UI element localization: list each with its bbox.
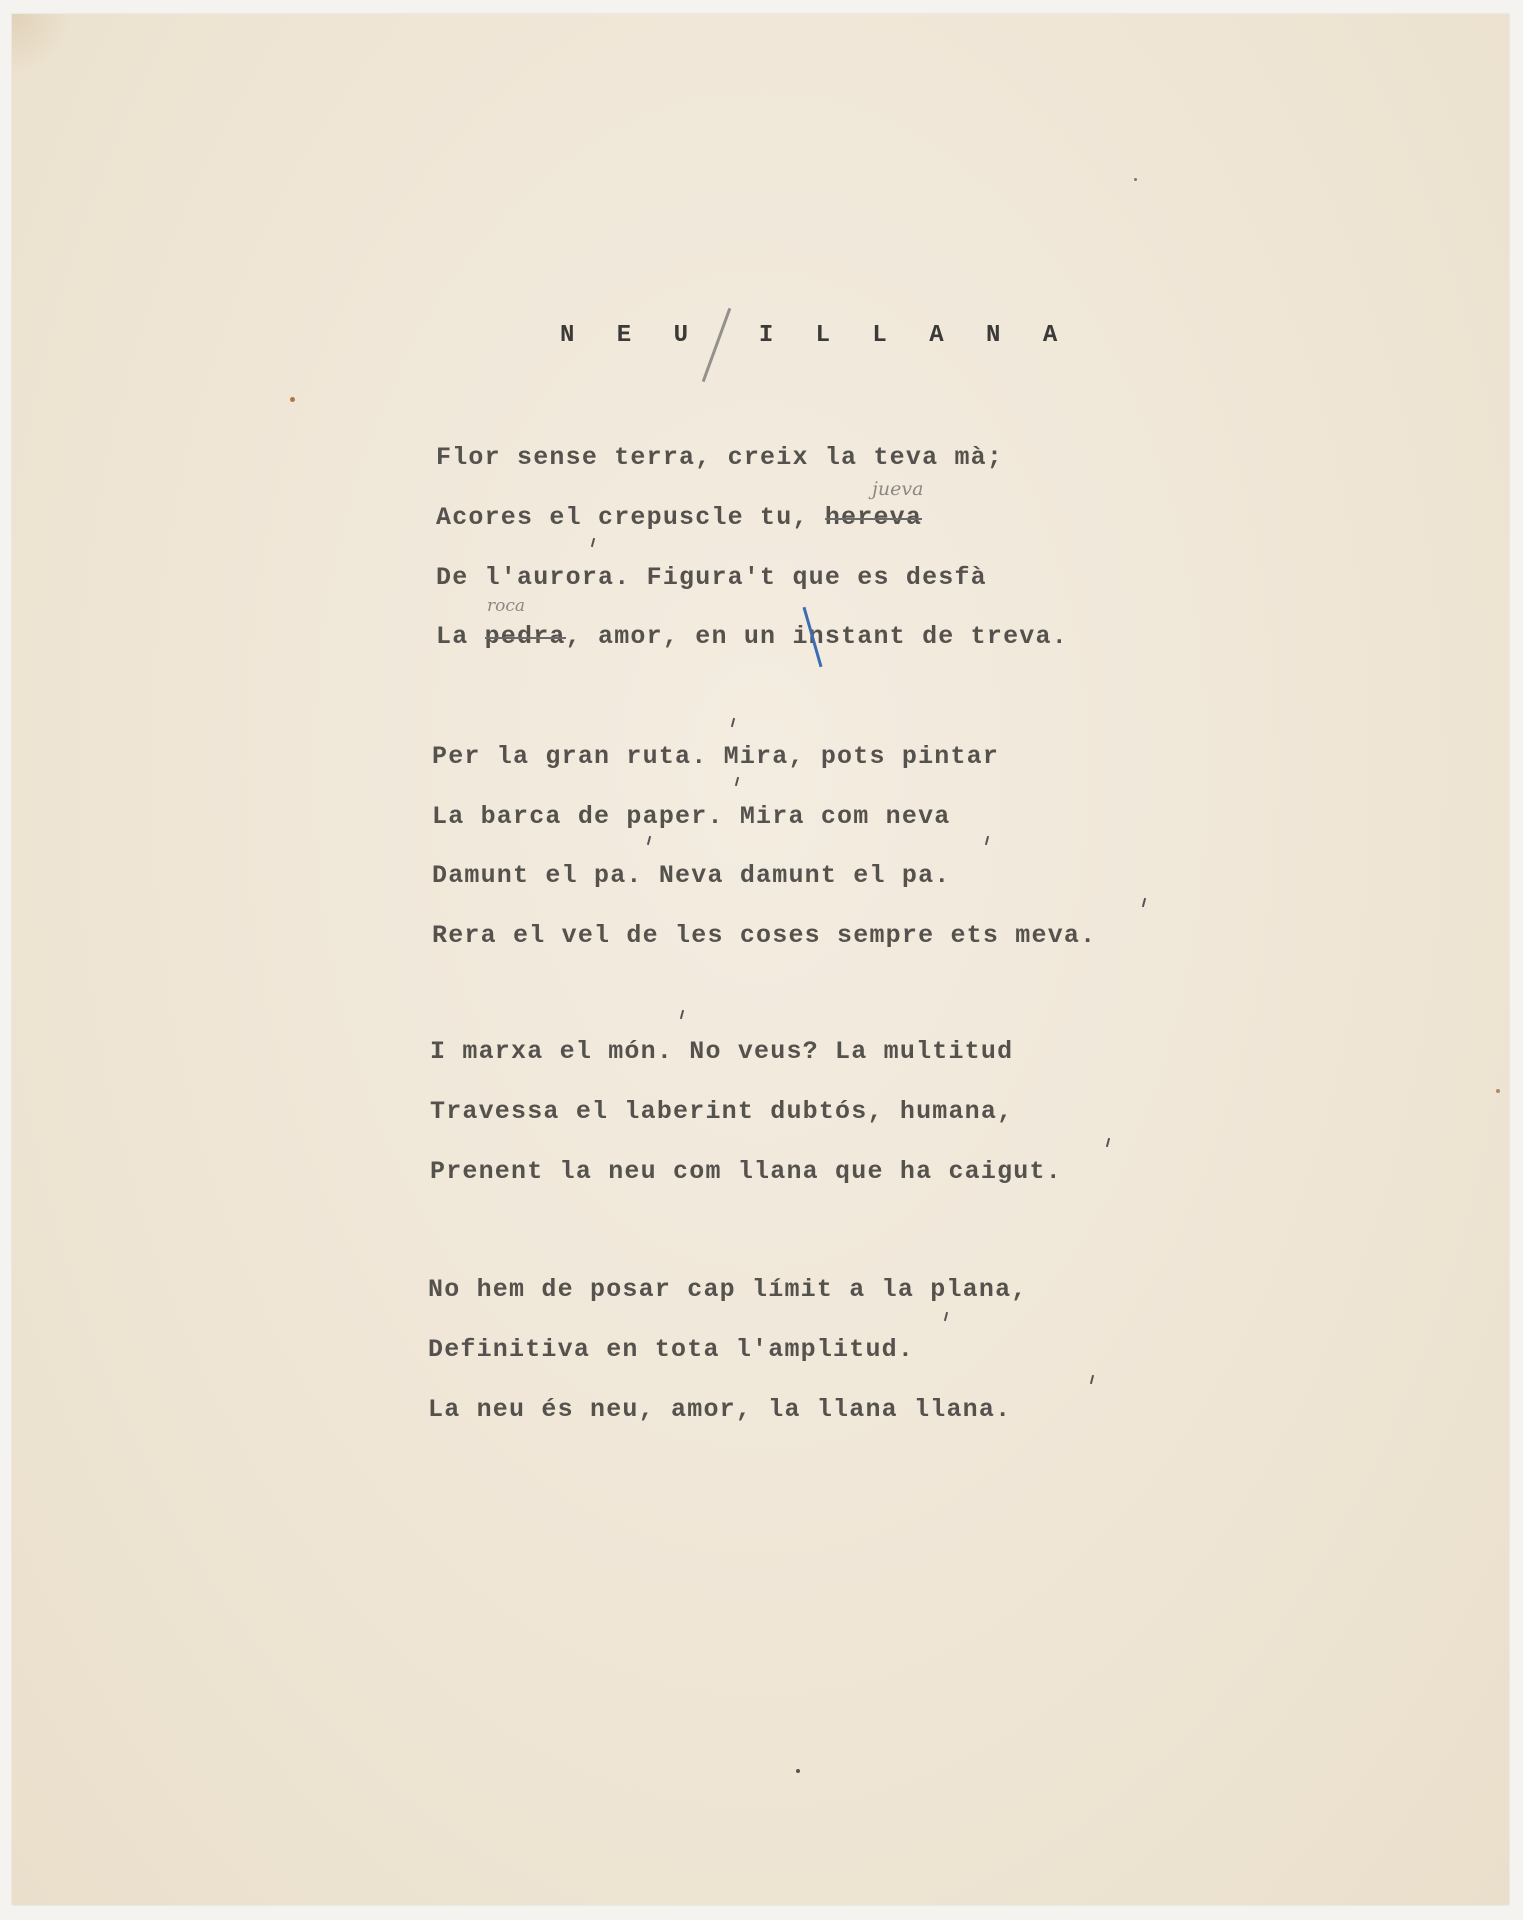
- typewritten-page: [12, 14, 1509, 1905]
- verse-line: La pedra, amor, en un instant de treva.: [436, 622, 1068, 651]
- verse-line: Damunt el pa. Neva damunt el pa.: [432, 861, 950, 890]
- verse-line: No hem de posar cap límit a la plana,: [428, 1275, 1028, 1304]
- handwritten-correction: jueva: [872, 478, 923, 500]
- struck-word: hereva: [825, 503, 922, 532]
- verse-line: Definitiva en tota l'amplitud.: [428, 1335, 914, 1364]
- verse-line: Acores el crepuscle tu, hereva: [436, 503, 922, 532]
- paper-stain: [290, 397, 295, 402]
- poem-title: N E U I L L A N A: [560, 322, 1071, 349]
- verse-line: Flor sense terra, creix la teva mà;: [436, 443, 1003, 472]
- verse-line: La neu és neu, amor, la llana llana.: [428, 1395, 1011, 1424]
- verse-line: Per la gran ruta. Mira, pots pintar: [432, 742, 999, 771]
- verse-line: Prenent la neu com llana que ha caigut.: [430, 1157, 1062, 1186]
- verse-line-text: Acores el crepuscle tu,: [436, 503, 825, 532]
- verse-line: La barca de paper. Mira com neva: [432, 802, 950, 831]
- verse-line: I marxa el món. No veus? La multitud: [430, 1037, 1013, 1066]
- paper-stain: [796, 1769, 800, 1773]
- verse-line: Rera el vel de les coses sempre ets meva…: [432, 921, 1096, 950]
- verse-line: De l'aurora. Figura't que es desfà: [436, 563, 987, 592]
- struck-word: pedra: [485, 622, 566, 651]
- verse-line-text: La: [436, 622, 485, 651]
- verse-line: Travessa el laberint dubtós, humana,: [430, 1097, 1013, 1126]
- handwritten-correction: roca: [487, 596, 525, 616]
- paper-stain: [1496, 1089, 1500, 1093]
- paper-stain: [1134, 178, 1137, 181]
